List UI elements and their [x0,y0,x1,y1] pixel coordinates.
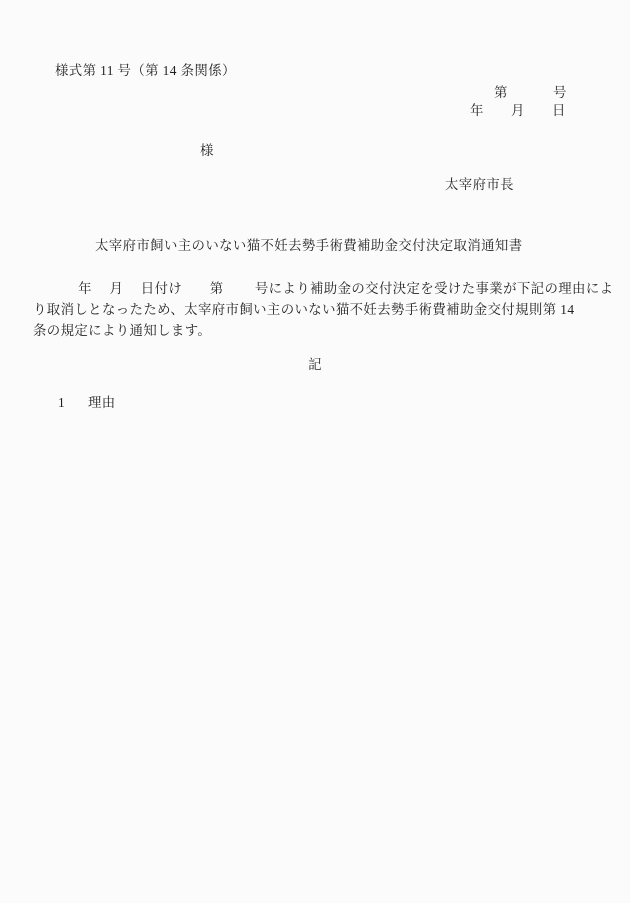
date-day-label: 日 [552,103,566,118]
item-1-number: 1 [58,395,65,410]
body-paragraph-line: 年 月 日付け 第 号により補助金の交付決定を受けた事業が下記の理由によ [33,281,613,296]
document-page: 様式第 11 号（第 14 条関係） 第 号 年 月 日 様 太宰府市長 太宰府… [0,0,630,903]
ki-section-marker: 記 [0,357,630,372]
date-year-label: 年 [470,103,484,118]
body-paragraph-line: り取消しとなったため、太宰府市飼い主のいない猫不妊去勢手術費補助金交付規則第 1… [33,302,574,317]
addressee-honorific: 様 [200,143,214,158]
sender-name: 太宰府市長 [445,177,514,192]
doc-number-prefix: 第 [494,85,508,100]
doc-number-suffix: 号 [553,85,567,100]
body-paragraph-line: 条の規定により通知します。 [33,323,211,338]
form-number: 様式第 11 号（第 14 条関係） [55,63,236,78]
date-month-label: 月 [511,103,525,118]
item-1-label: 理由 [88,395,116,410]
document-title: 太宰府市飼い主のいない猫不妊去勢手術費補助金交付決定取消通知書 [95,238,523,253]
